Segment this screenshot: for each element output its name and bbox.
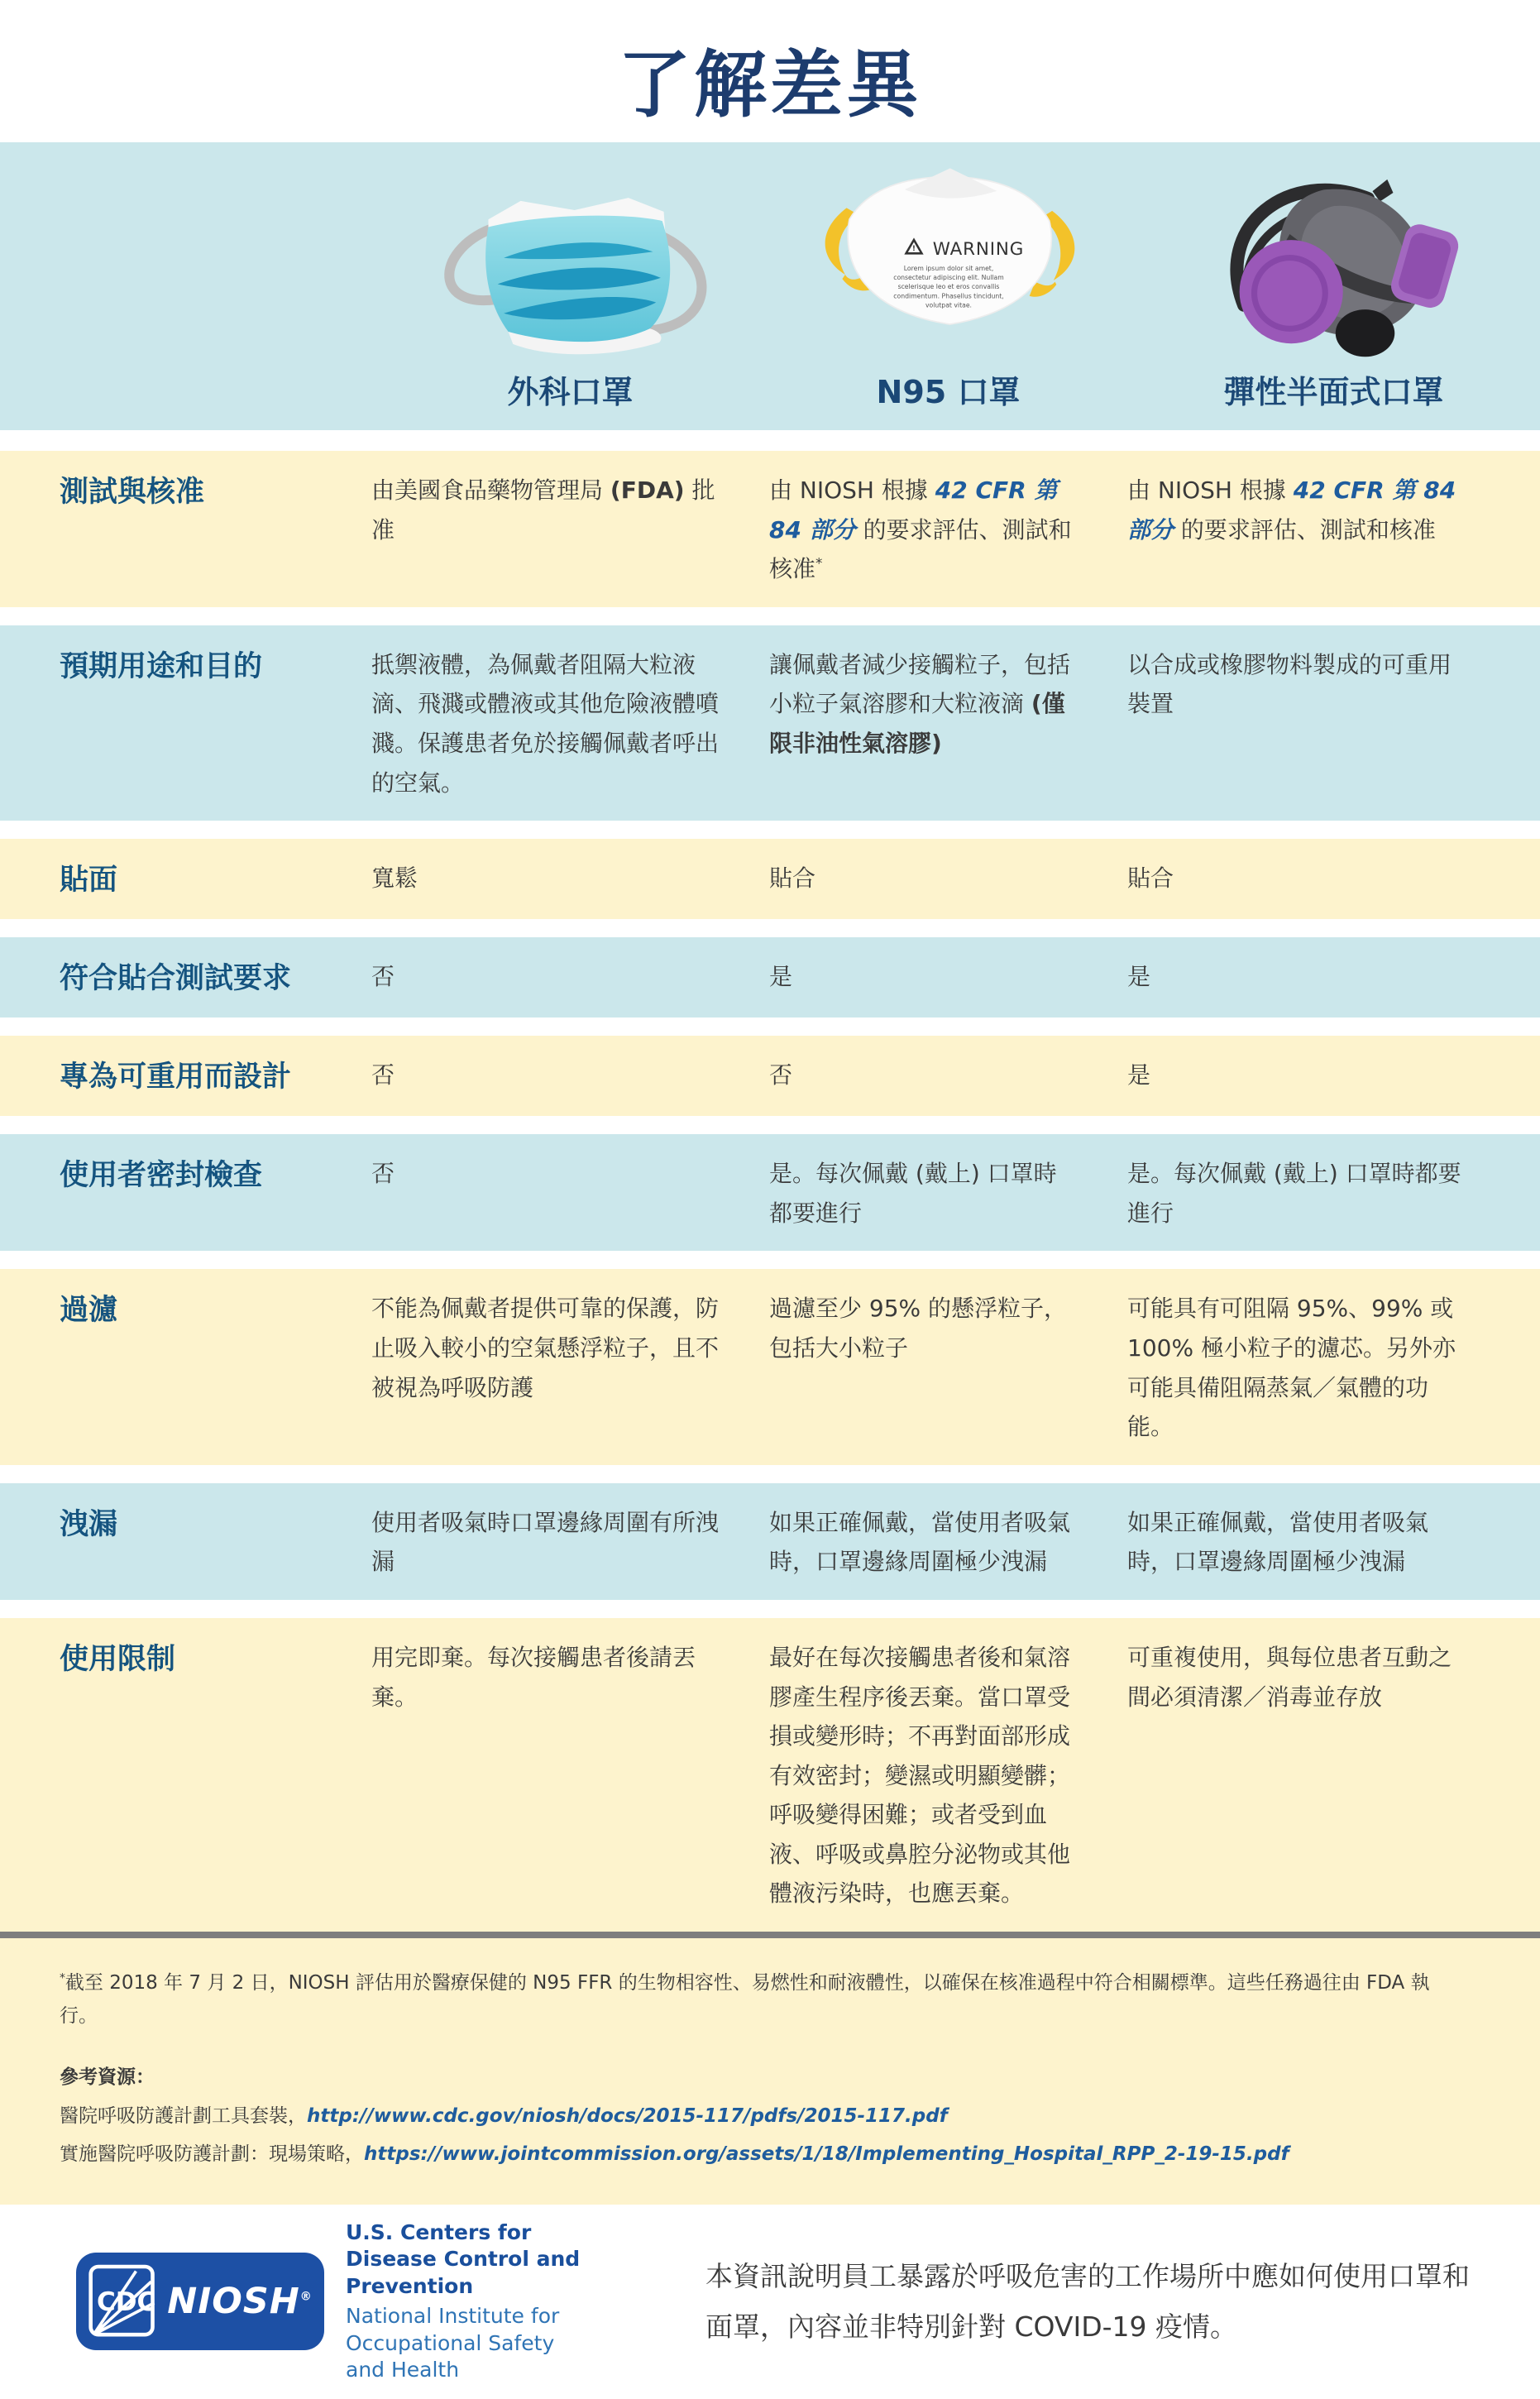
svg-text:consectetur adipiscing elit. N: consectetur adipiscing elit. Nullam (893, 274, 1004, 281)
table-row: 預期用途和目的抵禦液體，為佩戴者阻隔大粒液滴、飛濺或體液或其他危險液體噴濺。保護… (0, 625, 1540, 821)
column-label-surgical: 外科口罩 (371, 366, 769, 430)
cell-surgical: 不能為佩戴者提供可靠的保護，防止吸入較小的空氣懸浮粒子，且不被視為呼吸防護 (371, 1269, 769, 1425)
cell-elastomeric: 由 NIOSH 根據 42 CFR 第 84 部分 的要求評估、測試和核准 (1127, 451, 1540, 567)
column-elastomeric: 彈性半面式口罩 (1127, 142, 1540, 430)
page-title: 了解差異 (618, 27, 922, 132)
cell-n95: 由 NIOSH 根據 42 CFR 第 84 部分 的要求評估、測試和核准* (769, 451, 1127, 607)
cdc-emblem-icon: CDC (88, 2263, 157, 2339)
cell-elastomeric: 是。每次佩戴 (戴上) 口罩時都要進行 (1127, 1134, 1540, 1251)
cell-elastomeric: 可能具有可阻隔 95%、99% 或 100% 極小粒子的濾芯。另外亦可能具備阻隔… (1127, 1269, 1540, 1464)
row-label: 專為可重用而設計 (60, 1036, 371, 1116)
column-n95-mask: ! WARNING Lorem ipsum dolor sit amet, co… (769, 142, 1127, 430)
cell-n95: 讓佩戴者減少接觸粒子，包括小粒子氣溶膠和大粒液滴 (僅限非油性氣溶膠) (769, 625, 1127, 782)
cell-surgical: 由美國食品藥物管理局 (FDA) 批准 (371, 451, 769, 567)
cell-surgical: 寬鬆 (371, 839, 769, 917)
cell-n95: 是 (769, 937, 1127, 1015)
footer: CDC NIOSH® U.S. Centers for Disease Cont… (0, 2205, 1540, 2399)
title-bar: 了解差異 (0, 0, 1540, 142)
comparison-table: 測試與核准由美國食品藥物管理局 (FDA) 批准由 NIOSH 根據 42 CF… (0, 451, 1540, 1932)
reference-item: 實施醫院呼吸防護計劃：現場策略，https://www.jointcommiss… (60, 2135, 1466, 2173)
cell-surgical: 否 (371, 1036, 769, 1113)
table-row: 過濾不能為佩戴者提供可靠的保護，防止吸入較小的空氣懸浮粒子，且不被視為呼吸防護過… (0, 1269, 1540, 1464)
infographic-page: 了解差異 (0, 0, 1540, 2399)
svg-text:CDC: CDC (97, 2287, 155, 2317)
row-label: 使用限制 (60, 1618, 371, 1698)
divider-rule (0, 1932, 1540, 1938)
institute-name: National Institute for Occupational Safe… (346, 2303, 594, 2384)
row-label: 符合貼合測試要求 (60, 937, 371, 1018)
agency-text: U.S. Centers for Disease Control and Pre… (346, 2219, 594, 2384)
footnote-text: *截至 2018 年 7 月 2 日，NIOSH 評估用於醫療保健的 N95 F… (60, 1966, 1466, 2033)
table-row: 使用限制用完即棄。每次接觸患者後請丟棄。最好在每次接觸患者後和氣溶膠產生程序後丟… (0, 1618, 1540, 1932)
row-label: 使用者密封檢查 (60, 1134, 371, 1214)
row-label: 測試與核准 (60, 451, 371, 531)
svg-text:condimentum. Phasellus tincidu: condimentum. Phasellus tincidunt, (893, 292, 1003, 299)
cell-surgical: 使用者吸氣時口罩邊緣周圍有所洩漏 (371, 1483, 769, 1600)
reference-link-cdc[interactable]: http://www.cdc.gov/niosh/docs/2015-117/p… (307, 2105, 948, 2127)
table-row: 符合貼合測試要求否是是 (0, 937, 1540, 1018)
svg-text:scelerisque leo et eros conval: scelerisque leo et eros convallis (897, 283, 999, 290)
cell-n95: 是。每次佩戴 (戴上) 口罩時都要進行 (769, 1134, 1127, 1251)
row-label: 貼面 (60, 839, 371, 919)
cell-elastomeric: 以合成或橡膠物料製成的可重用裝置 (1127, 625, 1540, 742)
cell-n95: 最好在每次接觸患者後和氣溶膠產生程序後丟棄。當口罩受損或變形時；不再對面部形成有… (769, 1618, 1127, 1932)
reference-link-jointcommission[interactable]: https://www.jointcommission.org/assets/1… (364, 2143, 1289, 2165)
cell-elastomeric: 如果正確佩戴，當使用者吸氣時，口罩邊緣周圍極少洩漏 (1127, 1483, 1540, 1600)
reference-item: 醫院呼吸防護計劃工具套裝，http://www.cdc.gov/niosh/do… (60, 2097, 1466, 2135)
cell-n95: 過濾至少 95% 的懸浮粒子，包括大小粒子 (769, 1269, 1127, 1386)
cell-surgical: 用完即棄。每次接觸患者後請丟棄。 (371, 1618, 769, 1735)
agency-name: U.S. Centers for Disease Control and Pre… (346, 2219, 594, 2301)
band-label-spacer (60, 142, 371, 430)
svg-text:volutpat vitae.: volutpat vitae. (925, 301, 971, 309)
cdc-niosh-logo: CDC NIOSH® (76, 2253, 324, 2350)
column-label-n95: N95 口罩 (769, 366, 1127, 430)
cell-elastomeric: 是 (1127, 937, 1540, 1015)
cell-n95: 否 (769, 1036, 1127, 1113)
niosh-wordmark: NIOSH® (167, 2281, 313, 2322)
cell-n95: 如果正確佩戴，當使用者吸氣時，口罩邊緣周圍極少洩漏 (769, 1483, 1127, 1600)
row-label: 洩漏 (60, 1483, 371, 1563)
table-row: 使用者密封檢查否是。每次佩戴 (戴上) 口罩時都要進行是。每次佩戴 (戴上) 口… (0, 1134, 1540, 1251)
table-row: 測試與核准由美國食品藥物管理局 (FDA) 批准由 NIOSH 根據 42 CF… (0, 451, 1540, 607)
cell-surgical: 否 (371, 1134, 769, 1212)
column-label-elastomeric: 彈性半面式口罩 (1127, 366, 1540, 430)
svg-text:WARNING: WARNING (932, 239, 1023, 260)
mask-type-header-band: 外科口罩 ! WARNING Lo (0, 142, 1540, 430)
n95-mask-icon: ! WARNING Lorem ipsum dolor sit amet, co… (800, 148, 1098, 362)
row-label: 預期用途和目的 (60, 625, 371, 706)
cell-surgical: 否 (371, 937, 769, 1015)
cell-surgical: 抵禦液體，為佩戴者阻隔大粒液滴、飛濺或體液或其他危險液體噴濺。保護患者免於接觸佩… (371, 625, 769, 821)
cell-elastomeric: 貼合 (1127, 839, 1540, 917)
svg-text:Lorem ipsum dolor sit amet,: Lorem ipsum dolor sit amet, (903, 264, 993, 271)
covid-disclaimer: 本資訊說明員工暴露於呼吸危害的工作場所中應如何使用口罩和面罩，內容並非特別針對 … (705, 2251, 1482, 2352)
table-row: 洩漏使用者吸氣時口罩邊緣周圍有所洩漏如果正確佩戴，當使用者吸氣時，口罩邊緣周圍極… (0, 1483, 1540, 1600)
svg-text:!: ! (912, 244, 916, 252)
table-row: 專為可重用而設計否否是 (0, 1036, 1540, 1116)
exhalation-valve (1335, 309, 1394, 357)
cell-elastomeric: 可重複使用，與每位患者互動之間必須清潔／消毒並存放 (1127, 1618, 1540, 1735)
table-row: 貼面寬鬆貼合貼合 (0, 839, 1540, 919)
cell-n95: 貼合 (769, 839, 1127, 917)
reference-prefix: 實施醫院呼吸防護計劃：現場策略， (60, 2143, 364, 2165)
column-surgical-mask: 外科口罩 (371, 142, 769, 430)
references-heading: 參考資源： (60, 2061, 1466, 2089)
elastomeric-respirator-icon (1173, 144, 1495, 366)
cell-elastomeric: 是 (1127, 1036, 1540, 1113)
footnote-section: *截至 2018 年 7 月 2 日，NIOSH 評估用於醫療保健的 N95 F… (0, 1938, 1540, 2205)
row-label: 過濾 (60, 1269, 371, 1349)
reference-prefix: 醫院呼吸防護計劃工具套裝， (60, 2105, 307, 2127)
elastomeric-respirator-illustration (1127, 142, 1540, 366)
n95-mask-illustration: ! WARNING Lorem ipsum dolor sit amet, co… (769, 142, 1127, 366)
surgical-mask-illustration (371, 142, 769, 366)
surgical-mask-icon (405, 146, 736, 363)
